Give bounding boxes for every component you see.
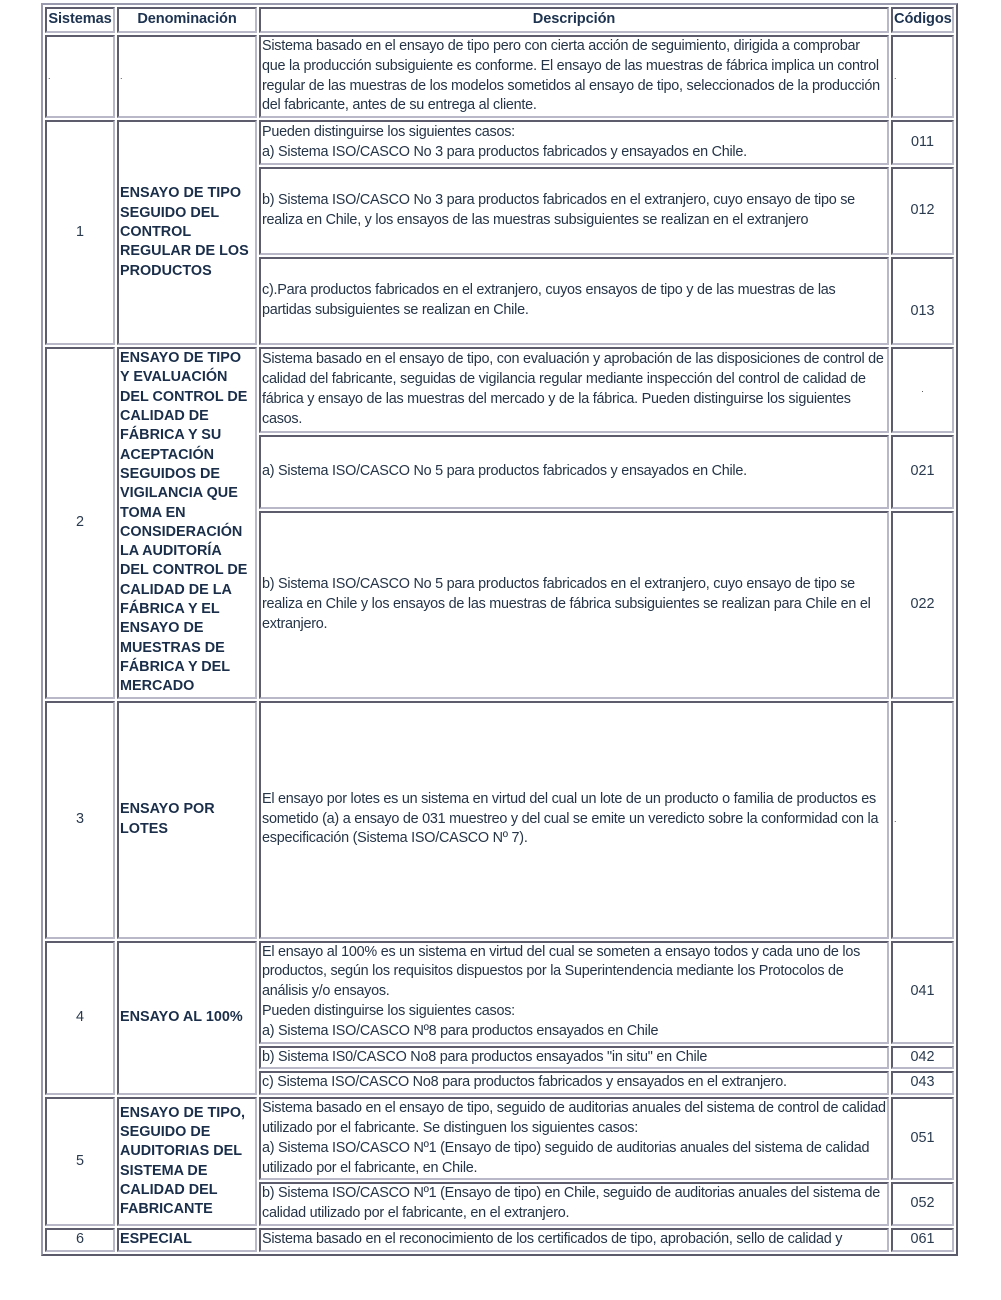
denominacion-cell: . xyxy=(117,35,257,118)
header-sistemas: Sistemas xyxy=(45,7,115,33)
descripcion-cell: b) Sistema ISO/CASCO No 3 para productos… xyxy=(259,167,889,255)
casco-systems-table: Sistemas Denominación Descripción Código… xyxy=(43,5,956,1254)
denominacion-cell: ENSAYO DE TIPO SEGUIDO DEL CONTROL REGUL… xyxy=(117,120,257,345)
codigo-cell: 011 xyxy=(891,120,954,165)
codigo-cell: . xyxy=(891,35,954,118)
descripcion-cell: a) Sistema ISO/CASCO No 5 para productos… xyxy=(259,435,889,509)
denominacion-cell: ESPECIAL xyxy=(117,1228,257,1252)
sistema-number: 4 xyxy=(45,941,115,1096)
table-row-system-4: 4 ENSAYO AL 100% El ensayo al 100% es un… xyxy=(45,941,954,1044)
descripcion-cell: Sistema basado en el reconocimiento de l… xyxy=(259,1228,889,1252)
descripcion-cell: b) Sistema IS0/CASCO No8 para productos … xyxy=(259,1046,889,1070)
codigo-cell: 022 xyxy=(891,511,954,699)
sistema-number: 1 xyxy=(45,120,115,345)
codigo-cell: . xyxy=(891,347,954,433)
sistema-number: 5 xyxy=(45,1097,115,1226)
sistema-cell: . xyxy=(45,35,115,118)
codigo-cell: . xyxy=(891,701,954,939)
descripcion-cell: El ensayo al 100% es un sistema en virtu… xyxy=(259,941,889,1044)
codigo-cell: 043 xyxy=(891,1071,954,1095)
denominacion-cell: ENSAYO POR LOTES xyxy=(117,701,257,939)
sistema-number: 3 xyxy=(45,701,115,939)
header-descripcion: Descripción xyxy=(259,7,889,33)
table-row-system-3: 3 ENSAYO POR LOTES El ensayo por lotes e… xyxy=(45,701,954,939)
descripcion-cell: b) Sistema ISO/CASCO No 5 para productos… xyxy=(259,511,889,699)
codigo-cell: 021 xyxy=(891,435,954,509)
header-codigos: Códigos xyxy=(891,7,954,33)
codigo-cell: 042 xyxy=(891,1046,954,1070)
denominacion-cell: ENSAYO DE TIPO, SEGUIDO DE AUDITORIAS DE… xyxy=(117,1097,257,1226)
table-row-system-6: 6 ESPECIAL Sistema basado en el reconoci… xyxy=(45,1228,954,1252)
descripcion-cell: Sistema basado en el ensayo de tipo, con… xyxy=(259,347,889,433)
table-row-intro: . . Sistema basado en el ensayo de tipo … xyxy=(45,35,954,118)
descripcion-cell: Sistema basado en el ensayo de tipo, seg… xyxy=(259,1097,889,1180)
table-row-system-2: 2 ENSAYO DE TIPO Y EVALUACIÓN DEL CONTRO… xyxy=(45,347,954,433)
codigo-cell: 041 xyxy=(891,941,954,1044)
codigo-cell: 052 xyxy=(891,1182,954,1226)
denominacion-cell: ENSAYO AL 100% xyxy=(117,941,257,1096)
codigo-cell: 061 xyxy=(891,1228,954,1252)
descripcion-cell: b) Sistema ISO/CASCO Nº1 (Ensayo de tipo… xyxy=(259,1182,889,1226)
sistema-number: 6 xyxy=(45,1228,115,1252)
header-row: Sistemas Denominación Descripción Código… xyxy=(45,7,954,33)
codigo-cell: 012 xyxy=(891,167,954,255)
descripcion-cell: c) Sistema ISO/CASCO No8 para productos … xyxy=(259,1071,889,1095)
descripcion-cell: Pueden distinguirse los siguientes casos… xyxy=(259,120,889,165)
descripcion-cell: Sistema basado en el ensayo de tipo pero… xyxy=(259,35,889,118)
denominacion-cell: ENSAYO DE TIPO Y EVALUACIÓN DEL CONTROL … xyxy=(117,347,257,698)
table-row-system-1: 1 ENSAYO DE TIPO SEGUIDO DEL CONTROL REG… xyxy=(45,120,954,165)
descripcion-cell: c).Para productos fabricados en el extra… xyxy=(259,257,889,345)
header-denominacion: Denominación xyxy=(117,7,257,33)
casco-systems-table-frame: Sistemas Denominación Descripción Código… xyxy=(41,3,958,1256)
codigo-cell: 013 xyxy=(891,257,954,345)
descripcion-cell: El ensayo por lotes es un sistema en vir… xyxy=(259,701,889,939)
codigo-cell: 051 xyxy=(891,1097,954,1180)
sistema-number: 2 xyxy=(45,347,115,698)
table-row-system-5: 5 ENSAYO DE TIPO, SEGUIDO DE AUDITORIAS … xyxy=(45,1097,954,1180)
